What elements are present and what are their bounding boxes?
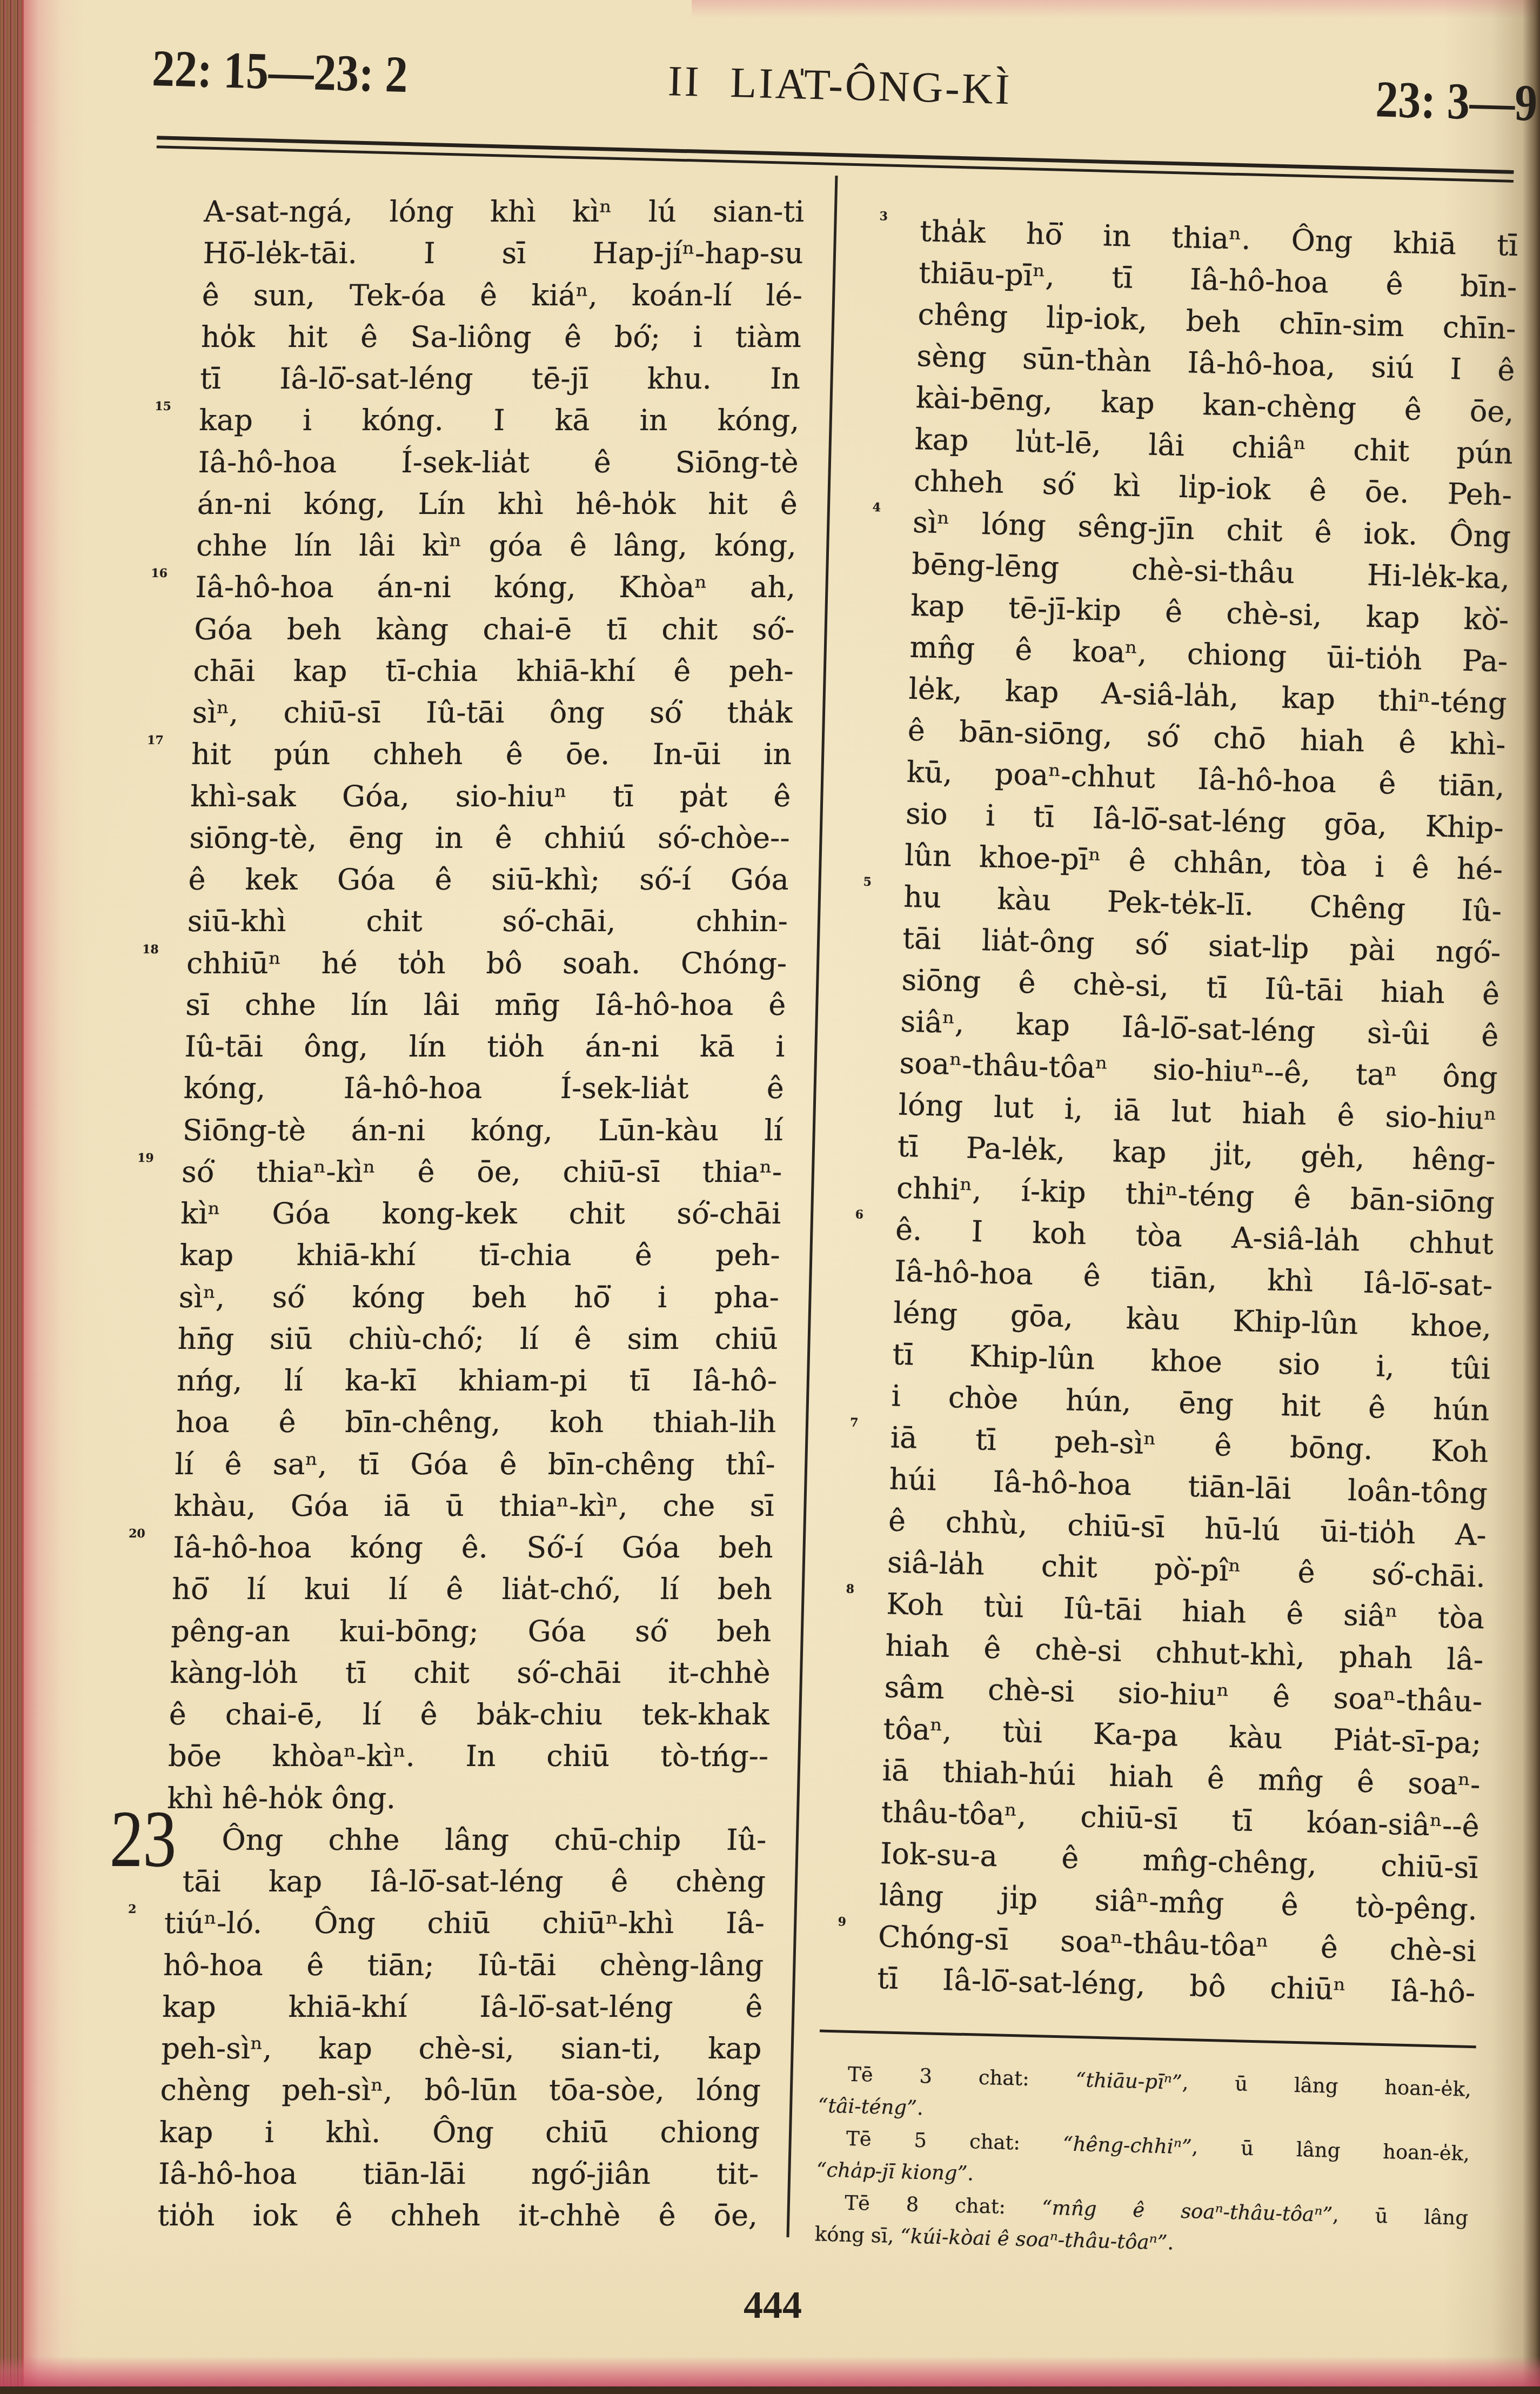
text-line-content: Iâ-hô-hoa Í-sek-lia̍t ê Siōng-tè: [198, 445, 799, 479]
footnotes: Tē 3 chat: “thiāu-pīⁿ”, ū lâng hoan-e̍k,…: [814, 2057, 1471, 2266]
footnote-text: , ū lâng: [1333, 2203, 1469, 2229]
footnote-text: .: [916, 2096, 923, 2119]
page-number: 444: [744, 2285, 802, 2324]
text-line: án-ni kóng, Lín khì hê-ho̍k hit ê: [197, 483, 798, 525]
text-line-content: Góa beh kàng chai-ē tī chit só͘-: [194, 612, 795, 646]
text-line: nńg, lí ka-kī khiam-pi tī Iâ-hô-: [176, 1360, 778, 1401]
text-line-content: ê sun, Tek-óa ê kiáⁿ, koán-lí lé-: [202, 278, 802, 312]
footnote-text: kóng sī,: [814, 2222, 900, 2248]
text-line-content: A-sat-ngá, lóng khì kìⁿ lú sian-ti: [204, 195, 805, 229]
text-line: sī chhe lín lâi mn̄g Iâ-hô-hoa ê: [185, 984, 786, 1026]
text-line: siū-khì chit só͘-chāi, chhin-: [187, 900, 788, 942]
text-line: tī Iâ-lō͘-sat-léng tē-jī khu. In: [199, 358, 801, 399]
text-line-content: khì-sak Góa, sio-hiuⁿ tī pa̍t ê: [190, 779, 791, 813]
running-head-left-range: 22: 15—23: 2: [151, 42, 409, 101]
right-column: 3tha̍k hō͘ in thiaⁿ. Ông khiā tī thiāu-p…: [876, 210, 1518, 2014]
text-line: tio̍h iok ê chheh it-chhè ê ōe,: [157, 2195, 758, 2236]
text-line: 19só͘ thiaⁿ-kìⁿ ê ōe, chiū-sī thiaⁿ-: [181, 1151, 782, 1193]
text-line: 20Iâ-hô-hoa kóng ê. Só͘-í Góa beh: [172, 1527, 774, 1568]
text-line: sìⁿ, só͘ kóng beh hō͘ i pha-: [178, 1276, 780, 1318]
footnote-text: .: [967, 2162, 974, 2185]
text-line-content: kàng-lo̍h tī chit só͘-chāi it-chhè: [170, 1656, 771, 1690]
text-line: sìⁿ, chiū-sī Iû-tāi ông só͘ tha̍k: [192, 692, 793, 733]
text-line: ê sun, Tek-óa ê kiáⁿ, koán-lí lé-: [202, 275, 803, 316]
running-head-right-range: 23: 3—9: [1375, 73, 1538, 129]
text-line: khì-sak Góa, sio-hiuⁿ tī pa̍t ê: [190, 775, 791, 817]
footnote-term: “tâi-téng”: [818, 2094, 917, 2119]
verse-number: 15: [139, 400, 172, 412]
text-line-content: tiúⁿ-ló. Ông chiū chiūⁿ-khì Iâ-: [164, 1906, 765, 1940]
verse-number: 20: [112, 1528, 145, 1540]
text-line: Iû-tāi ông, lín tio̍h án-ni kā i: [184, 1026, 786, 1067]
text-line-content: hô-hoa ê tiān; Iû-tāi chèng-lâng: [163, 1948, 764, 1982]
text-line: kóng, Iâ-hô-hoa Í-sek-lia̍t ê: [183, 1067, 785, 1109]
text-line: A-sat-ngá, lóng khì kìⁿ lú sian-ti: [204, 191, 805, 232]
text-line-content: khàu, Góa iā ū thiaⁿ-kìⁿ, che sī: [173, 1489, 774, 1523]
footnote-label: Tē 3 chat:: [848, 2063, 1076, 2091]
text-line-content: kap khiā-khí Iâ-lō͘-sat-léng ê: [162, 1990, 763, 2024]
text-line: Siōng-tè án-ni kóng, Lūn-kàu lí: [182, 1109, 784, 1151]
text-line-content: chhiūⁿ hé to̍h bô soah. Chóng-: [186, 946, 787, 980]
verse-number: 17: [131, 734, 164, 746]
verse-number: 8: [822, 1582, 855, 1595]
text-line: kìⁿ Góa kong-kek chit só͘-chāi: [180, 1193, 782, 1234]
text-line: hō͘ lí kui lí ê lia̍t-chó͘, lí beh: [171, 1568, 773, 1610]
text-line-content: sìⁿ, só͘ kóng beh hō͘ i pha-: [178, 1280, 779, 1314]
footnote-label: Tē 8 chat:: [845, 2191, 1042, 2219]
text-line: Góa beh kàng chai-ē tī chit só͘-: [194, 608, 795, 650]
text-line: 2tiúⁿ-ló. Ông chiū chiūⁿ-khì Iâ-: [164, 1902, 765, 1944]
footnote-term: “kúi-kòai ê soaⁿ-thâu-tôaⁿ”: [900, 2224, 1168, 2254]
text-line: bōe khòaⁿ-kìⁿ. In chiū tò-tńg--: [168, 1735, 769, 1777]
page-edge-bottom-red: [0, 2356, 1540, 2388]
text-line-content: lí ê saⁿ, tī Góa ê bīn-chêng thî-: [175, 1447, 775, 1481]
text-line-content: kap i khì. Ông chiū chiong: [159, 2115, 760, 2149]
text-line: hô-hoa ê tiān; Iû-tāi chèng-lâng: [163, 1944, 764, 1986]
footnote-term: “cha̍p-jī kiong”: [816, 2158, 968, 2185]
verse-number: 16: [135, 567, 168, 579]
text-line: Iâ-hô-hoa Í-sek-lia̍t ê Siōng-tè: [198, 442, 799, 483]
page-edge-left: [0, 0, 24, 2394]
text-line: 17hit pún chheh ê ōe. In-ūi in: [191, 733, 792, 775]
text-line: kap khiā-khí tī-chia ê peh-: [179, 1234, 781, 1276]
text-line-content: siū-khì chit só͘-chāi, chhin-: [187, 904, 788, 938]
text-line: siōng-tè, ēng in ê chhiú só͘-chòe--: [189, 817, 791, 859]
text-line: ê kek Góa ê siū-khì; só͘-í Góa: [188, 859, 789, 900]
verse-number: 3: [855, 210, 888, 222]
text-line: Iâ-hô-hoa tiān-lāi ngó͘-jiân tit-: [158, 2153, 759, 2195]
page-edge-bottom-dark: [0, 2386, 1540, 2394]
footnote-label: Tē 5 chat:: [846, 2127, 1063, 2156]
text-line: lí ê saⁿ, tī Góa ê bīn-chêng thî-: [175, 1443, 776, 1485]
text-line-content: kóng, Iâ-hô-hoa Í-sek-lia̍t ê: [183, 1071, 784, 1105]
text-line-content: chhe lín lâi kìⁿ góa ê lâng, kóng,: [196, 529, 796, 563]
text-line-content: kap i kóng. I kā in kóng,: [199, 403, 800, 437]
text-line: 15kap i kóng. I kā in kóng,: [199, 399, 800, 441]
text-line: 16Iâ-hô-hoa án-ni kóng, Khòaⁿ ah,: [195, 566, 796, 608]
text-line: chhe lín lâi kìⁿ góa ê lâng, kóng,: [196, 525, 797, 566]
verse-number: 9: [814, 1915, 847, 1928]
verse-number: 2: [104, 1903, 137, 1915]
verse-number: 4: [848, 501, 881, 513]
verse-number: 7: [826, 1416, 859, 1428]
text-line: hoa ê bīn-chêng, koh thiah-li̍h: [176, 1401, 777, 1443]
text-line-content: Iâ-hô-hoa tiān-lāi ngó͘-jiân tit-: [158, 2157, 759, 2191]
text-line-content: hō͘ lí kui lí ê lia̍t-chó͘, lí beh: [172, 1572, 773, 1606]
text-line-content: tio̍h iok ê chheh it-chhè ê ōe,: [157, 2198, 758, 2232]
text-line-content: chāi kap tī-chia khiā-khí ê peh-: [193, 654, 794, 688]
footnote-text: .: [1167, 2231, 1174, 2254]
text-line-content: Hō͘-le̍k-tāi. I sī Hap-jíⁿ-hap-su: [203, 236, 804, 270]
header-rule-thick: [157, 136, 1514, 174]
left-column: A-sat-ngá, lóng khì kìⁿ lú sian-ti Hō͘-l…: [157, 191, 805, 2236]
text-line: peh-sìⁿ, kap chè-si, sian-ti, kap: [161, 2028, 762, 2069]
text-line-content: ê chai-ē, lí ê ba̍k-chiu tek-khak: [169, 1697, 769, 1731]
text-line-content: Ông chhe lâng chū-chi̍p Iû-: [222, 1823, 767, 1857]
footnote-term: “thiāu-pīⁿ”: [1075, 2068, 1182, 2094]
text-line-content: nńg, lí ka-kī khiam-pi tī Iâ-hô-: [177, 1363, 778, 1397]
book-title: II LIA̍T-ÔNG-KÌ: [667, 59, 1012, 111]
text-line: ho̍k hit ê Sa-liông ê bó͘; i tiàm: [200, 316, 802, 358]
header-rule-thin: [157, 145, 1514, 183]
footnote-term: “hêng-chhiⁿ”: [1062, 2132, 1192, 2158]
footnote-text: , ū lâng hoan-e̍k,: [1182, 2071, 1471, 2101]
text-line: kàng-lo̍h tī chit só͘-chāi it-chhè: [170, 1652, 771, 1694]
page-edge-left-red-tint: [22, 0, 84, 2394]
text-line-content: Iû-tāi ông, lín tio̍h án-ni kā i: [184, 1029, 785, 1064]
text-line: chāi kap tī-chia khiā-khí ê peh-: [193, 650, 794, 692]
text-line: kap i khì. Ông chiū chiong: [159, 2111, 760, 2153]
text-line-content: Iâ-hô-hoa kóng ê. Só͘-í Góa beh: [172, 1530, 773, 1564]
text-line: 18chhiūⁿ hé to̍h bô soah. Chóng-: [186, 942, 787, 984]
text-line: ê chai-ē, lí ê ba̍k-chiu tek-khak: [169, 1694, 770, 1735]
text-line-content: tāi kap Iâ-lō͘-sat-léng ê chèng: [182, 1864, 766, 1898]
text-line-content: só͘ thiaⁿ-kìⁿ ê ōe, chiū-sī thiaⁿ-: [181, 1155, 782, 1189]
verse-number: 18: [126, 944, 159, 955]
text-line: 23Ông chhe lâng chū-chi̍p Iû-: [166, 1819, 767, 1861]
text-line-content: kìⁿ Góa kong-kek chit só͘-chāi: [180, 1196, 781, 1231]
text-line-content: siōng-tè, ēng in ê chhiú só͘-chòe--: [189, 821, 790, 855]
text-line-content: sìⁿ, chiū-sī Iû-tāi ông só͘ tha̍k: [192, 696, 793, 730]
verse-number: 5: [839, 875, 872, 888]
text-line-content: ê kek Góa ê siū-khì; só͘-í Góa: [188, 862, 789, 897]
text-line-content: tī Iâ-lō͘-sat-léng tē-jī khu. In: [200, 362, 801, 396]
text-line-content: án-ni kóng, Lín khì hê-ho̍k hit ê: [197, 487, 798, 521]
footnote-term: “mn̂g ê soaⁿ-thâu-tôaⁿ”: [1041, 2196, 1333, 2226]
text-line-content: khì hê-ho̍k ông.: [167, 1781, 397, 1815]
text-line: pêng-an kui-bōng; Góa só͘ beh: [171, 1610, 772, 1652]
text-line-content: Siōng-tè án-ni kóng, Lūn-kàu lí: [182, 1113, 783, 1147]
text-line-content: hn̄g siū chiù-chó͘; lí ê sim chiū: [177, 1322, 778, 1356]
text-line-content: sī chhe lín lâi mn̄g Iâ-hô-hoa ê: [185, 988, 786, 1022]
footnote-text: , ū lâng hoan-e̍k,: [1191, 2135, 1470, 2165]
text-line-content: hoa ê bīn-chêng, koh thiah-li̍h: [176, 1405, 776, 1439]
text-line: hn̄g siū chiù-chó͘; lí ê sim chiū: [177, 1318, 779, 1360]
text-line: chèng peh-sìⁿ, bô-lūn tōa-sòe, lóng: [160, 2069, 761, 2111]
text-line: khì hê-ho̍k ông.: [166, 1777, 768, 1819]
text-line-content: peh-sìⁿ, kap chè-si, sian-ti, kap: [161, 2031, 762, 2065]
text-line: Hō͘-le̍k-tāi. I sī Hap-jíⁿ-hap-su: [203, 232, 804, 274]
text-line-content: bōe khòaⁿ-kìⁿ. In chiū tò-tńg--: [168, 1739, 768, 1773]
text-line: kap khiā-khí Iâ-lō͘-sat-léng ê: [162, 1986, 763, 2028]
text-line: khàu, Góa iā ū thiaⁿ-kìⁿ, che sī: [173, 1485, 775, 1527]
text-line-content: chèng peh-sìⁿ, bô-lūn tōa-sòe, lóng: [160, 2073, 761, 2107]
verse-number: 6: [831, 1208, 864, 1221]
text-line-content: Iâ-hô-hoa án-ni kóng, Khòaⁿ ah,: [195, 570, 796, 604]
verse-number: 19: [122, 1152, 155, 1164]
text-line-content: kap khiā-khí tī-chia ê peh-: [179, 1238, 780, 1272]
text-line-content: ho̍k hit ê Sa-liông ê bó͘; i tiàm: [200, 320, 801, 354]
text-line-content: pêng-an kui-bōng; Góa só͘ beh: [171, 1614, 772, 1648]
text-line-content: hit pún chheh ê ōe. In-ūi in: [191, 737, 792, 771]
text-line: tāi kap Iâ-lō͘-sat-léng ê chèng: [165, 1861, 766, 1902]
